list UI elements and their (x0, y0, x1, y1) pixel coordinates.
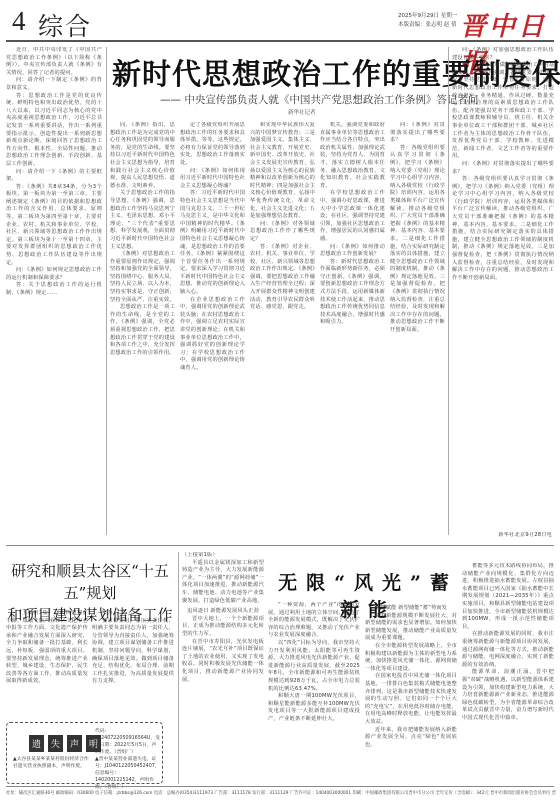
taigu-column-2: 实力。 要求检查组，要压实责任机，明确主要负责同志为第一责任人，分管领导为直接责… (92, 610, 174, 715)
lead-sign-off: 新华社北京9月28日电 (452, 532, 552, 541)
paragraph: 在晋中市寿阳县，光伏发电板连片铺展，“农光互补”项目既保证了土地的农业使用，又实… (182, 639, 264, 685)
paragraph: 问：《条例》如何规定思想政治工作的运行机制和保障要求？ (6, 267, 102, 282)
paragraph: 能源革命，浪潮正涌。晋中把握“双碳”战略机遇，以新型能源体系建设为引领，加快构建… (462, 669, 554, 722)
editor-line: 本版责编：张志明 赵 倩 (398, 21, 457, 30)
notice-entry: 代码：14240722050916564U，发证日期：2022年5月5日，声明作… (95, 728, 161, 756)
notice-title-char: 失 (48, 735, 63, 752)
energy-column-1: （上接第1版） 平遥县以金属镁深加工和新型铸造产业为主导，大力发展新能源产业。“… (182, 552, 264, 784)
paragraph: 近年来，我市把储能发展纳入新能源产业发展全局，点亮“绿色”发展底色。 (365, 727, 457, 750)
issue-meta: 2025年9月29日 星期一 本版责编：张志明 赵 倩 (398, 12, 457, 30)
energy-column-4: 蓄能等多元技术路线协同布局，推动储能产业向规模化、集群化方向迈进，积极推进抽水蓄… (462, 563, 554, 784)
paragraph: 在推动新能源发展的同时，我市注重统筹新能源与新能源项目协同发展，通过源网荷储一体… (462, 631, 554, 669)
paragraph: 问：《条例》如何体现用习近平新时代中国特色社会主义思想凝心铸魂？ (180, 168, 245, 191)
issue-date: 2025年9月29日 星期一 (398, 12, 457, 21)
paragraph: （上接第1版）在山西旧智汇丰源、康顺文旅产业和区文化中心申报等工作方面，文化遗产… (6, 610, 88, 686)
lead-column-5b: 问：《条例》对贯彻落实提出了哪些要求？ 答：各级党组织要认真学习贯彻《条例》，把… (390, 122, 445, 535)
lead-subheadline: —— 中央宣传部负责人就《中国共产党思想政治工作条例》答记者问 (160, 92, 478, 107)
lead-byline: 新华社记者 (288, 108, 316, 116)
paragraph: 答：队伍建设是做好思想政治工作的基础支撑。《条例》强调，各级党委（党组）应当坚持… (452, 62, 554, 161)
masthead: 4 综合 2025年9月29日 星期一 本版责编：张志明 赵 倩 晋中日报 (0, 0, 560, 40)
paragraph: 思想政治工作是一项工作的生命线，是全党的工作。《条例》强调，全党必须重视思想政治… (110, 304, 175, 357)
paragraph: 问：请介绍一下《条例》的主要框架。 (6, 169, 102, 184)
lead-column-3: 定了各级党组织开展思想政治工作的任务要求和具体举措，等等。这些规定，必将有力保证… (180, 122, 245, 535)
paragraph: 答：各级党组织要认真学习贯彻《条例》，把学习《条例》纳入党委（党组）理论学习中心… (390, 145, 445, 335)
section-heading: 绿能赋能 新型储能“蓄”势而发 (365, 605, 457, 613)
paragraph: 随着新能源规模不断发展壮大，对新型储能的需求也显著增加。如何加快新型储能发展，推… (365, 613, 457, 643)
paragraph: 答：习近平新时代中国特色社会主义思想是当代中国马克思主义、二十一世纪马克思主义，… (180, 190, 245, 296)
paragraph: 问：《条例》对各领域思想政治工作作了哪些规定？ (250, 221, 315, 244)
paragraph: 在国家电投晋中风光储一体化项目基地，一排排白色集装箱式储能电池整齐排列，这是我市… (365, 673, 457, 726)
notice-right-text: 代码：14240722050916564U，发证日期：2022年5月5日，声明作… (95, 728, 161, 791)
paragraph: 和顺大唐一期100MW光伏项目，和顺星能新能源多能互补100MW光伏发电项目等一… (268, 693, 360, 723)
paragraph: 在学校思想政治工作中，强调办好思政课，推进大中小学思政课一体化建设；在社区，强调… (320, 190, 385, 243)
paragraph: 平遥县以金属镁深加工和新型铸造产业为主导，大力发展新能源产业。“一体两翼”的“源… (182, 560, 264, 606)
paragraph: 问：《条例》对加强思想政治工作队伍建设有哪些要求？ (452, 47, 554, 62)
lead-headline: 新时代思想政治工作的重要制度保障 (112, 52, 442, 93)
paragraph: 要求检查组，要压实责任机，明确主要负责同志为第一责任人，分管领导为直接责任人，加… (92, 618, 174, 686)
headline-line: 研究和顺县太谷区“十五五”规划 (6, 560, 174, 604)
notice-title: 遗 失 声 明 (29, 735, 101, 752)
paragraph: 蓄能等多元技术路线协同布局，推动储能产业向规模化、集群化方向迈进，积极推进抽水蓄… (462, 563, 554, 631)
paragraph: 问：《条例》对贯彻落实提出了哪些要求？ (452, 161, 554, 176)
paragraph: 定了各级党组织开展思想政治工作的任务要求和具体举措，等等。这些规定，必将有力保证… (180, 122, 245, 168)
paragraph: 答：关于思想政治工作的运行机制，《条例》规定…… (6, 282, 102, 297)
section-rule (6, 545, 554, 546)
paragraph: 问：请介绍一下制定《条例》的背景和意义。 (6, 77, 102, 92)
paragraph: 机关。强调党委和政府直属事业单位等思想政治工作应当结合各自特点，突出政治机关属性… (320, 122, 385, 190)
footer-imprint: 社址：榆次区汇通路36号 邮政编码：030600 电子信箱：jzrbbs@126… (6, 790, 556, 796)
paragraph: 《条例》对思想政治工作重要原则作出规定，强调坚持和加强党的全面领导，坚持围绕中心… (110, 251, 175, 304)
paragraph: 在全市能源转型发展战略上，全市积极构建以新能源为主体的新型电力系统，加快推进风光… (365, 643, 457, 673)
page-number: 4 (12, 6, 26, 37)
paragraph: 近日，中共中央印发了《中国共产党思想政治工作条例》（以下简称《条例》）。中央宣传… (6, 47, 102, 77)
lead-column-6: 问：《条例》对加强思想政治工作队伍建设有哪些要求？ 答：队伍建设是做好思想政治工… (452, 47, 554, 532)
paragraph: 答：新时代思想政治工作面临新形势新任务，必须守正创新。《条例》强调，要创新思想政… (320, 259, 385, 327)
footer-rule (6, 786, 554, 787)
column-divider (106, 47, 107, 535)
lost-notice-box: 遗 失 声 明 ▲太谷县某某乡某某村股份经济合作社遗失营业执照副本，声明作废。 … (6, 722, 163, 784)
masthead-rule (6, 40, 554, 42)
paragraph: “一种资源，两个产业”的集约发展，通过利用土地的立体空间，创造了全新的能源发展模… (268, 602, 360, 640)
paragraph: 实力。 (92, 610, 174, 618)
paragraph: 问：《条例》对贯彻落实提出了哪些要求？ (390, 122, 445, 145)
paragraph: 在企业思想政治工作中，强调用党的创新理论武装头脑；在农村思想政治工作中，强调立足… (180, 297, 245, 373)
lead-column-1: 近日，中共中央印发了《中国共产党思想政治工作条例》（以下简称《条例》）。中央宣传… (6, 47, 102, 535)
section-name: 综合 (38, 7, 92, 43)
column-divider (448, 47, 449, 535)
notice-left-text: ▲太谷县某某乡某某村股份经济合作社遗失营业执照副本，声明作废。 (13, 756, 91, 770)
energy-column-3: 绿能赋能 新型储能“蓄”势而发 随着新能源规模不断发展壮大，对新型储能的需求也显… (365, 602, 457, 784)
paragraph: 晋中大地上，一个个新能源项目，正成为推动能源结构多元化转型的生力军。 (182, 616, 264, 639)
paragraph: 以“四化”目标为导向，我市坚持大力开发利用风能、太阳能等可再生资源，大力推进风电… (268, 640, 360, 693)
paragraph: 关于思想政治工作的指导思想，《条例》强调，思想政治工作坚持马克思列宁主义、毛泽东… (110, 190, 175, 251)
paragraph: 答：各级党组织要认真学习贯彻《条例》，把学习《条例》纳入党委（党组）理论学习中心… (452, 176, 554, 282)
lead-column-2: 同，《条例》指出，思想政治工作是为完成党的中心任务和巩固党的领导而服务的，是党的… (110, 122, 175, 535)
paragraph: 答：思想政治工作是党的优良传统、鲜明特色和突出政治优势。党的十八大以来，以习近平… (6, 93, 102, 169)
notice-title-char: 声 (67, 735, 82, 752)
lead-column-4: 和实现中华民族伟大复兴的中国梦宣传教育；三是加强爱国主义、集体主义、社会主义教育… (250, 122, 315, 535)
lead-column-5: 机关。强调党委和政府直属事业单位等思想政治工作应当结合各自特点，突出政治机关属性… (320, 122, 385, 535)
section-heading: 追风逐日 新能源发展风头正劲 (182, 608, 264, 616)
notice-title-char: 遗 (29, 735, 44, 752)
paragraph: 问：《条例》如何推动思想政治工作创新发展？ (320, 244, 385, 259)
taigu-column-1: （上接第1版）在山西旧智汇丰源、康顺文旅产业和区文化中心申报等工作方面，文化遗产… (6, 610, 88, 715)
paragraph: 同，《条例》指出，思想政治工作是为完成党的中心任务和巩固党的领导而服务的，是党的… (110, 122, 175, 190)
continued-from: （上接第1版） (182, 552, 264, 560)
paragraph: 和实现中华民族伟大复兴的中国梦宣传教育；三是加强爱国主义、集体主义、社会主义教育… (250, 122, 315, 221)
paragraph: 答：《条例》共8章34条，分为3个板块。第一板块为第一至第三章，主要阐述制定《条… (6, 184, 102, 268)
column-divider (178, 552, 179, 784)
paragraph: 答：《条例》对企业、农村、机关、事业单位、学校、社区、新兴领域等思想政治工作作出… (250, 244, 315, 312)
energy-column-2: “一种资源，两个产业”的集约发展，通过利用土地的立体空间，创造了全新的能源发展模… (268, 602, 360, 784)
